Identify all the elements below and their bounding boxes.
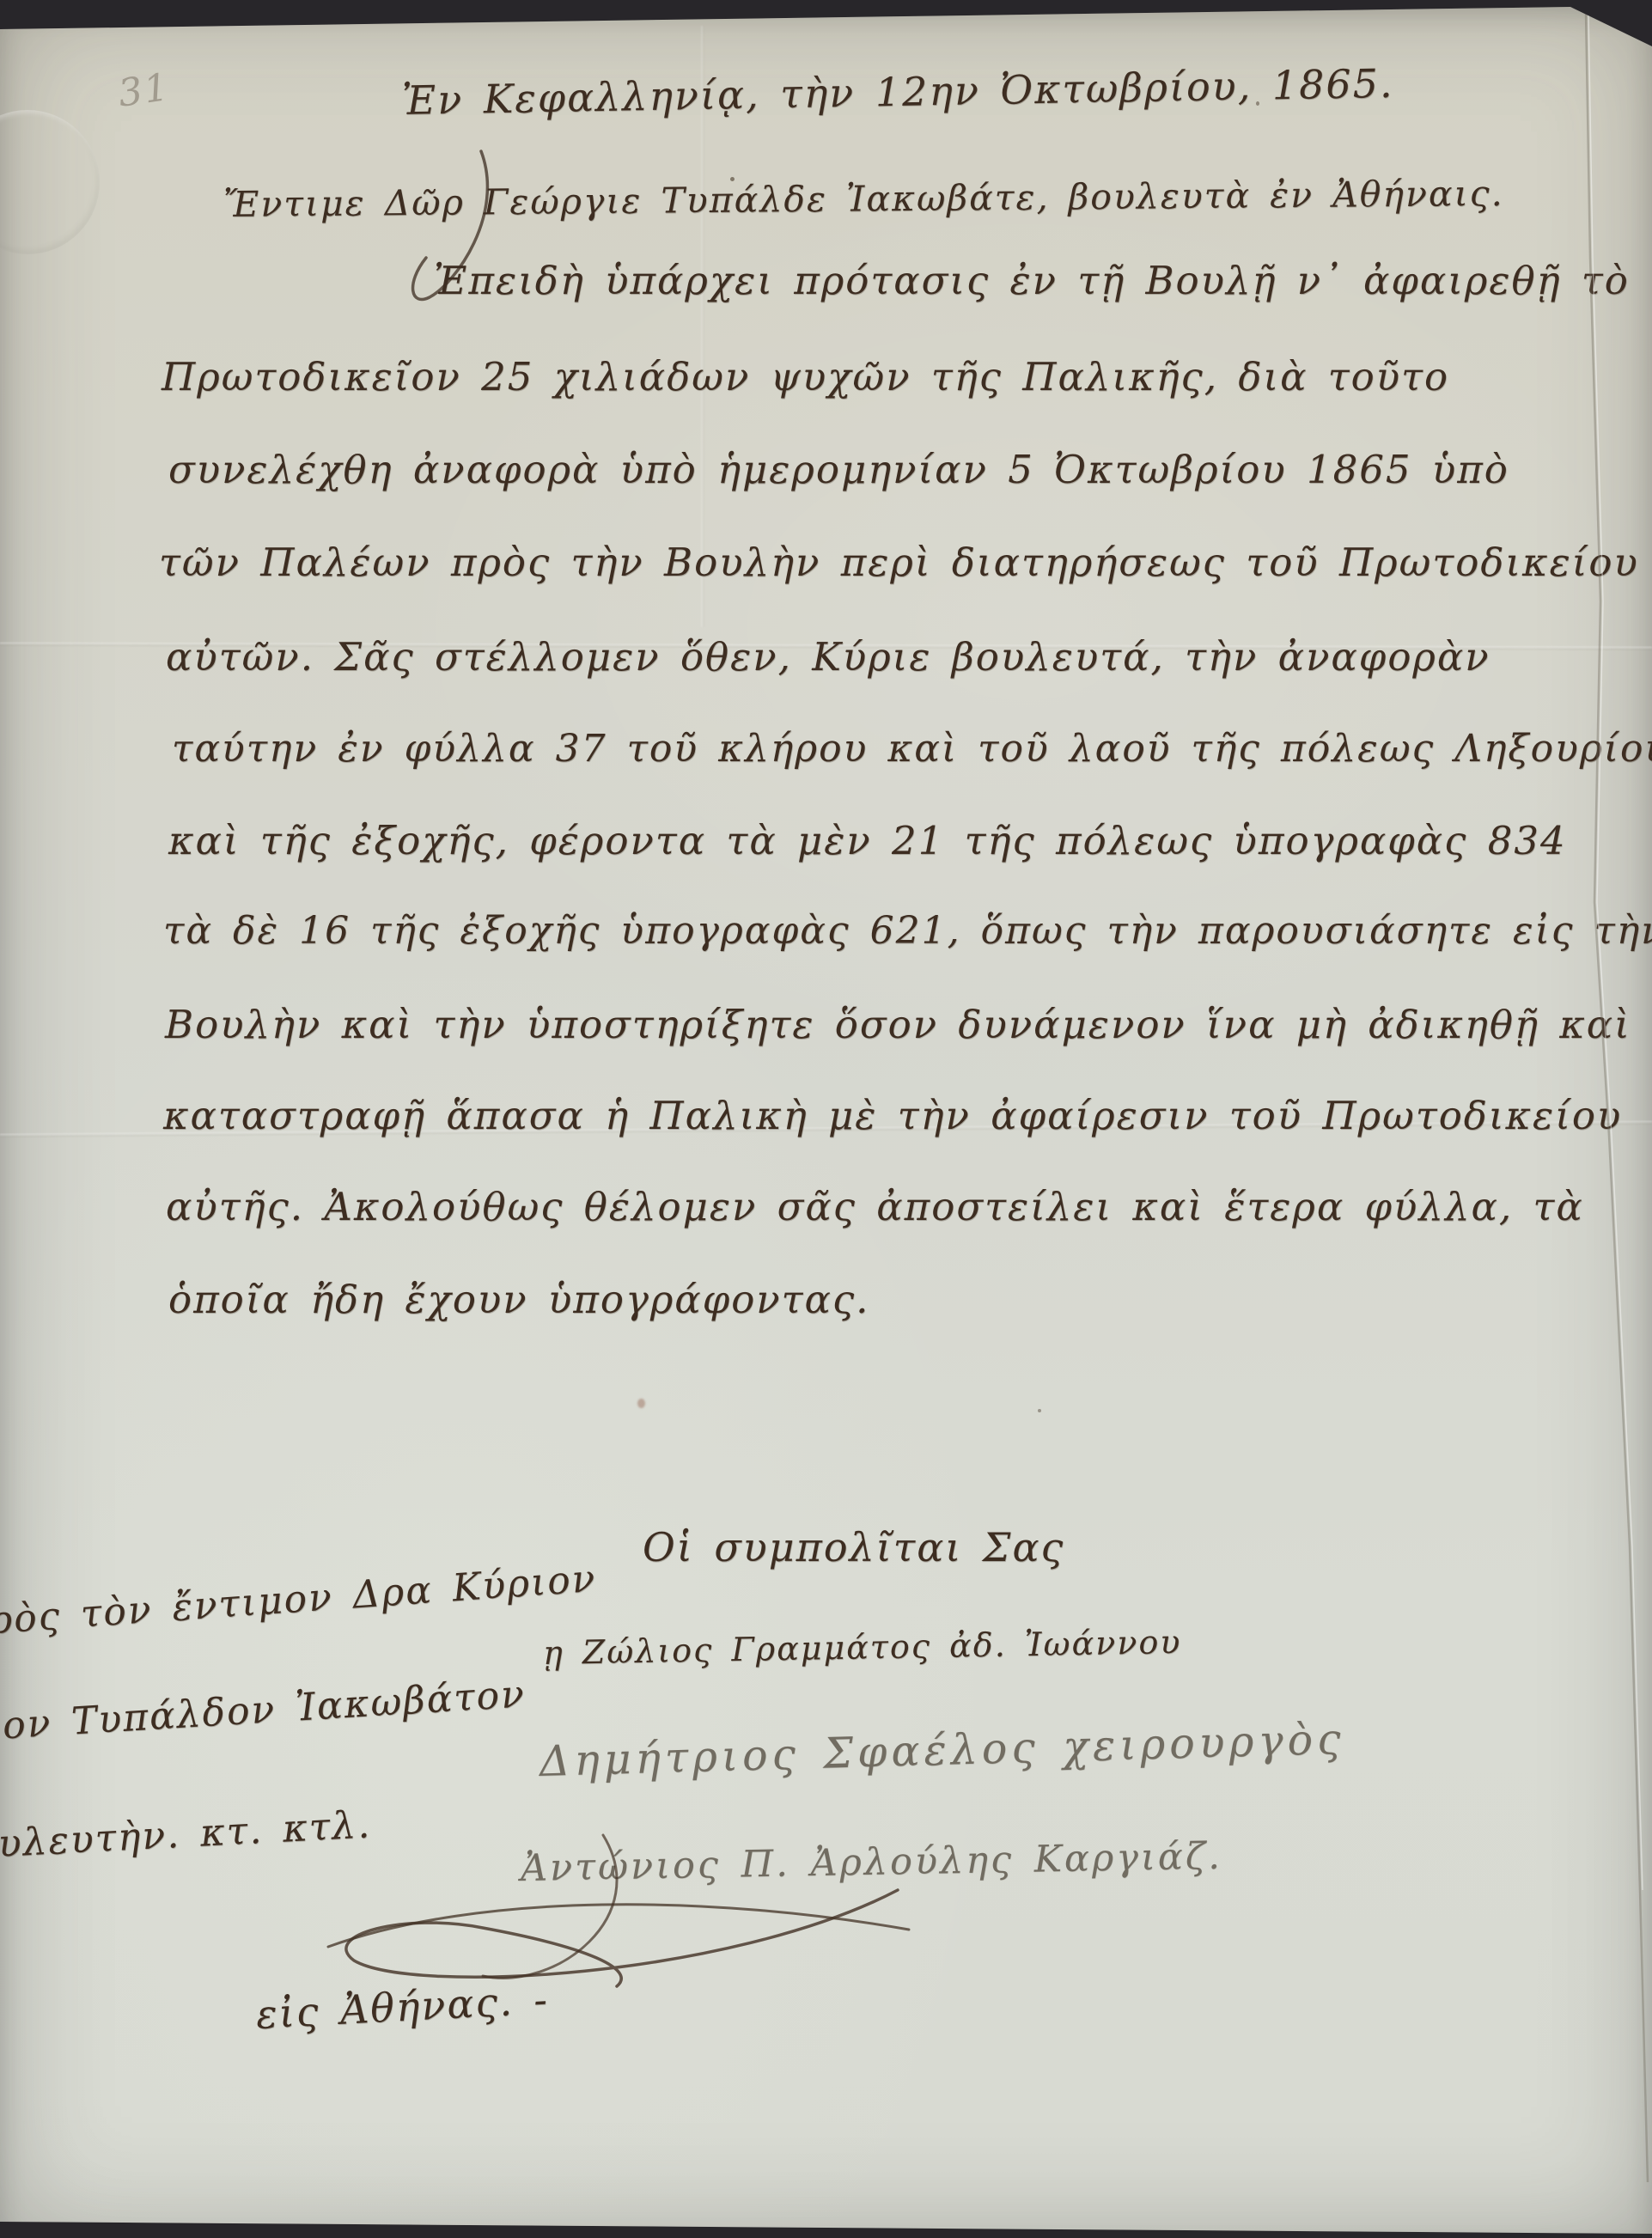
body-line: καταστραφῇ ἅπασα ἡ Παλικὴ μὲ τὴν ἀφαίρεσ… <box>163 1093 1622 1138</box>
ink-smudge <box>637 1399 645 1408</box>
body-line: Πρωτοδικεῖον 25 χιλιάδων ψυχῶν τῆς Παλικ… <box>162 354 1449 399</box>
photo-backdrop: 31 Ἐν Κεφαλληνίᾳ, τὴν 12ην Ὀκτωβρίου, 18… <box>0 0 1652 2238</box>
pencil-archival-number: 31 <box>115 65 173 116</box>
body-line: συνελέχθη ἀναφορὰ ὑπὸ ἡμερομηνίαν 5 Ὀκτω… <box>168 447 1509 492</box>
body-line: καὶ τῆς ἐξοχῆς, φέροντα τὰ μὲν 21 τῆς πό… <box>168 818 1567 863</box>
body-line: ταύτην ἐν φύλλα 37 τοῦ κλήρου καὶ τοῦ λα… <box>172 727 1652 771</box>
body-line: ὁποῖα ἤδη ἔχουν ὑπογράφοντας. <box>168 1277 869 1322</box>
embossed-seal <box>0 110 100 254</box>
address-line: Πρὸς τὸν ἔντιμον Δρα Κύριον <box>0 1557 598 1645</box>
letter-sheet: 31 Ἐν Κεφαλληνίᾳ, τὴν 12ην Ὀκτωβρίου, 18… <box>0 0 1652 2238</box>
body-line: Ἐπειδὴ ὑπάρχει πρότασις ἐν τῇ Βουλῇ ν᾽ ἀ… <box>434 258 1630 303</box>
ink-speck <box>1038 1409 1041 1412</box>
ink-speck <box>730 177 735 181</box>
address-paraph-flourish <box>346 1890 898 1986</box>
signature: ῃ Ζώλιος Γραμμάτος ἀδ. Ἰωάννου <box>543 1623 1182 1672</box>
address-line: εἰς Ἀθήνας. - <box>255 1976 551 2038</box>
address-line: βουλευτὴν. κτ. κτλ. <box>0 1802 372 1869</box>
body-line: τῶν Παλέων πρὸς τὴν Βουλὴν περὶ διατηρήσ… <box>159 540 1639 585</box>
signature: Ἀντώνιος Π. Ἀρλούλης Καργιάζ. <box>521 1835 1223 1890</box>
body-line: αὐτῶν. Σᾶς στέλλομεν ὅθεν, Κύριε βουλευτ… <box>166 634 1490 680</box>
ink-speck <box>1256 101 1259 106</box>
address-line: Γεώργιον Τυπάλδον Ἰακωβάτον <box>0 1672 527 1757</box>
dateline: Ἐν Κεφαλληνίᾳ, τὴν 12ην Ὀκτωβρίου, 1865. <box>402 60 1394 124</box>
salutation: Ἔντιμε Δῶρ Γεώργιε Τυπάλδε Ἰακωβάτε, βου… <box>223 173 1504 225</box>
body-line: Βουλὴν καὶ τὴν ὑποστηρίξητε ὅσον δυνάμεν… <box>165 1002 1631 1047</box>
signature: Δημήτριος Σφαέλος χειρουργὸς <box>539 1715 1345 1786</box>
address-paraph-flourish <box>328 1905 909 1947</box>
body-line: τὰ δὲ 16 τῆς ἐξοχῆς ὑπογραφὰς 621, ὅπως … <box>163 909 1652 953</box>
closing-line: Οἱ συμπολῖται Σας <box>643 1524 1064 1570</box>
body-line: αὐτῆς. Ἀκολούθως θέλομεν σᾶς ἀποστείλει … <box>166 1184 1584 1229</box>
